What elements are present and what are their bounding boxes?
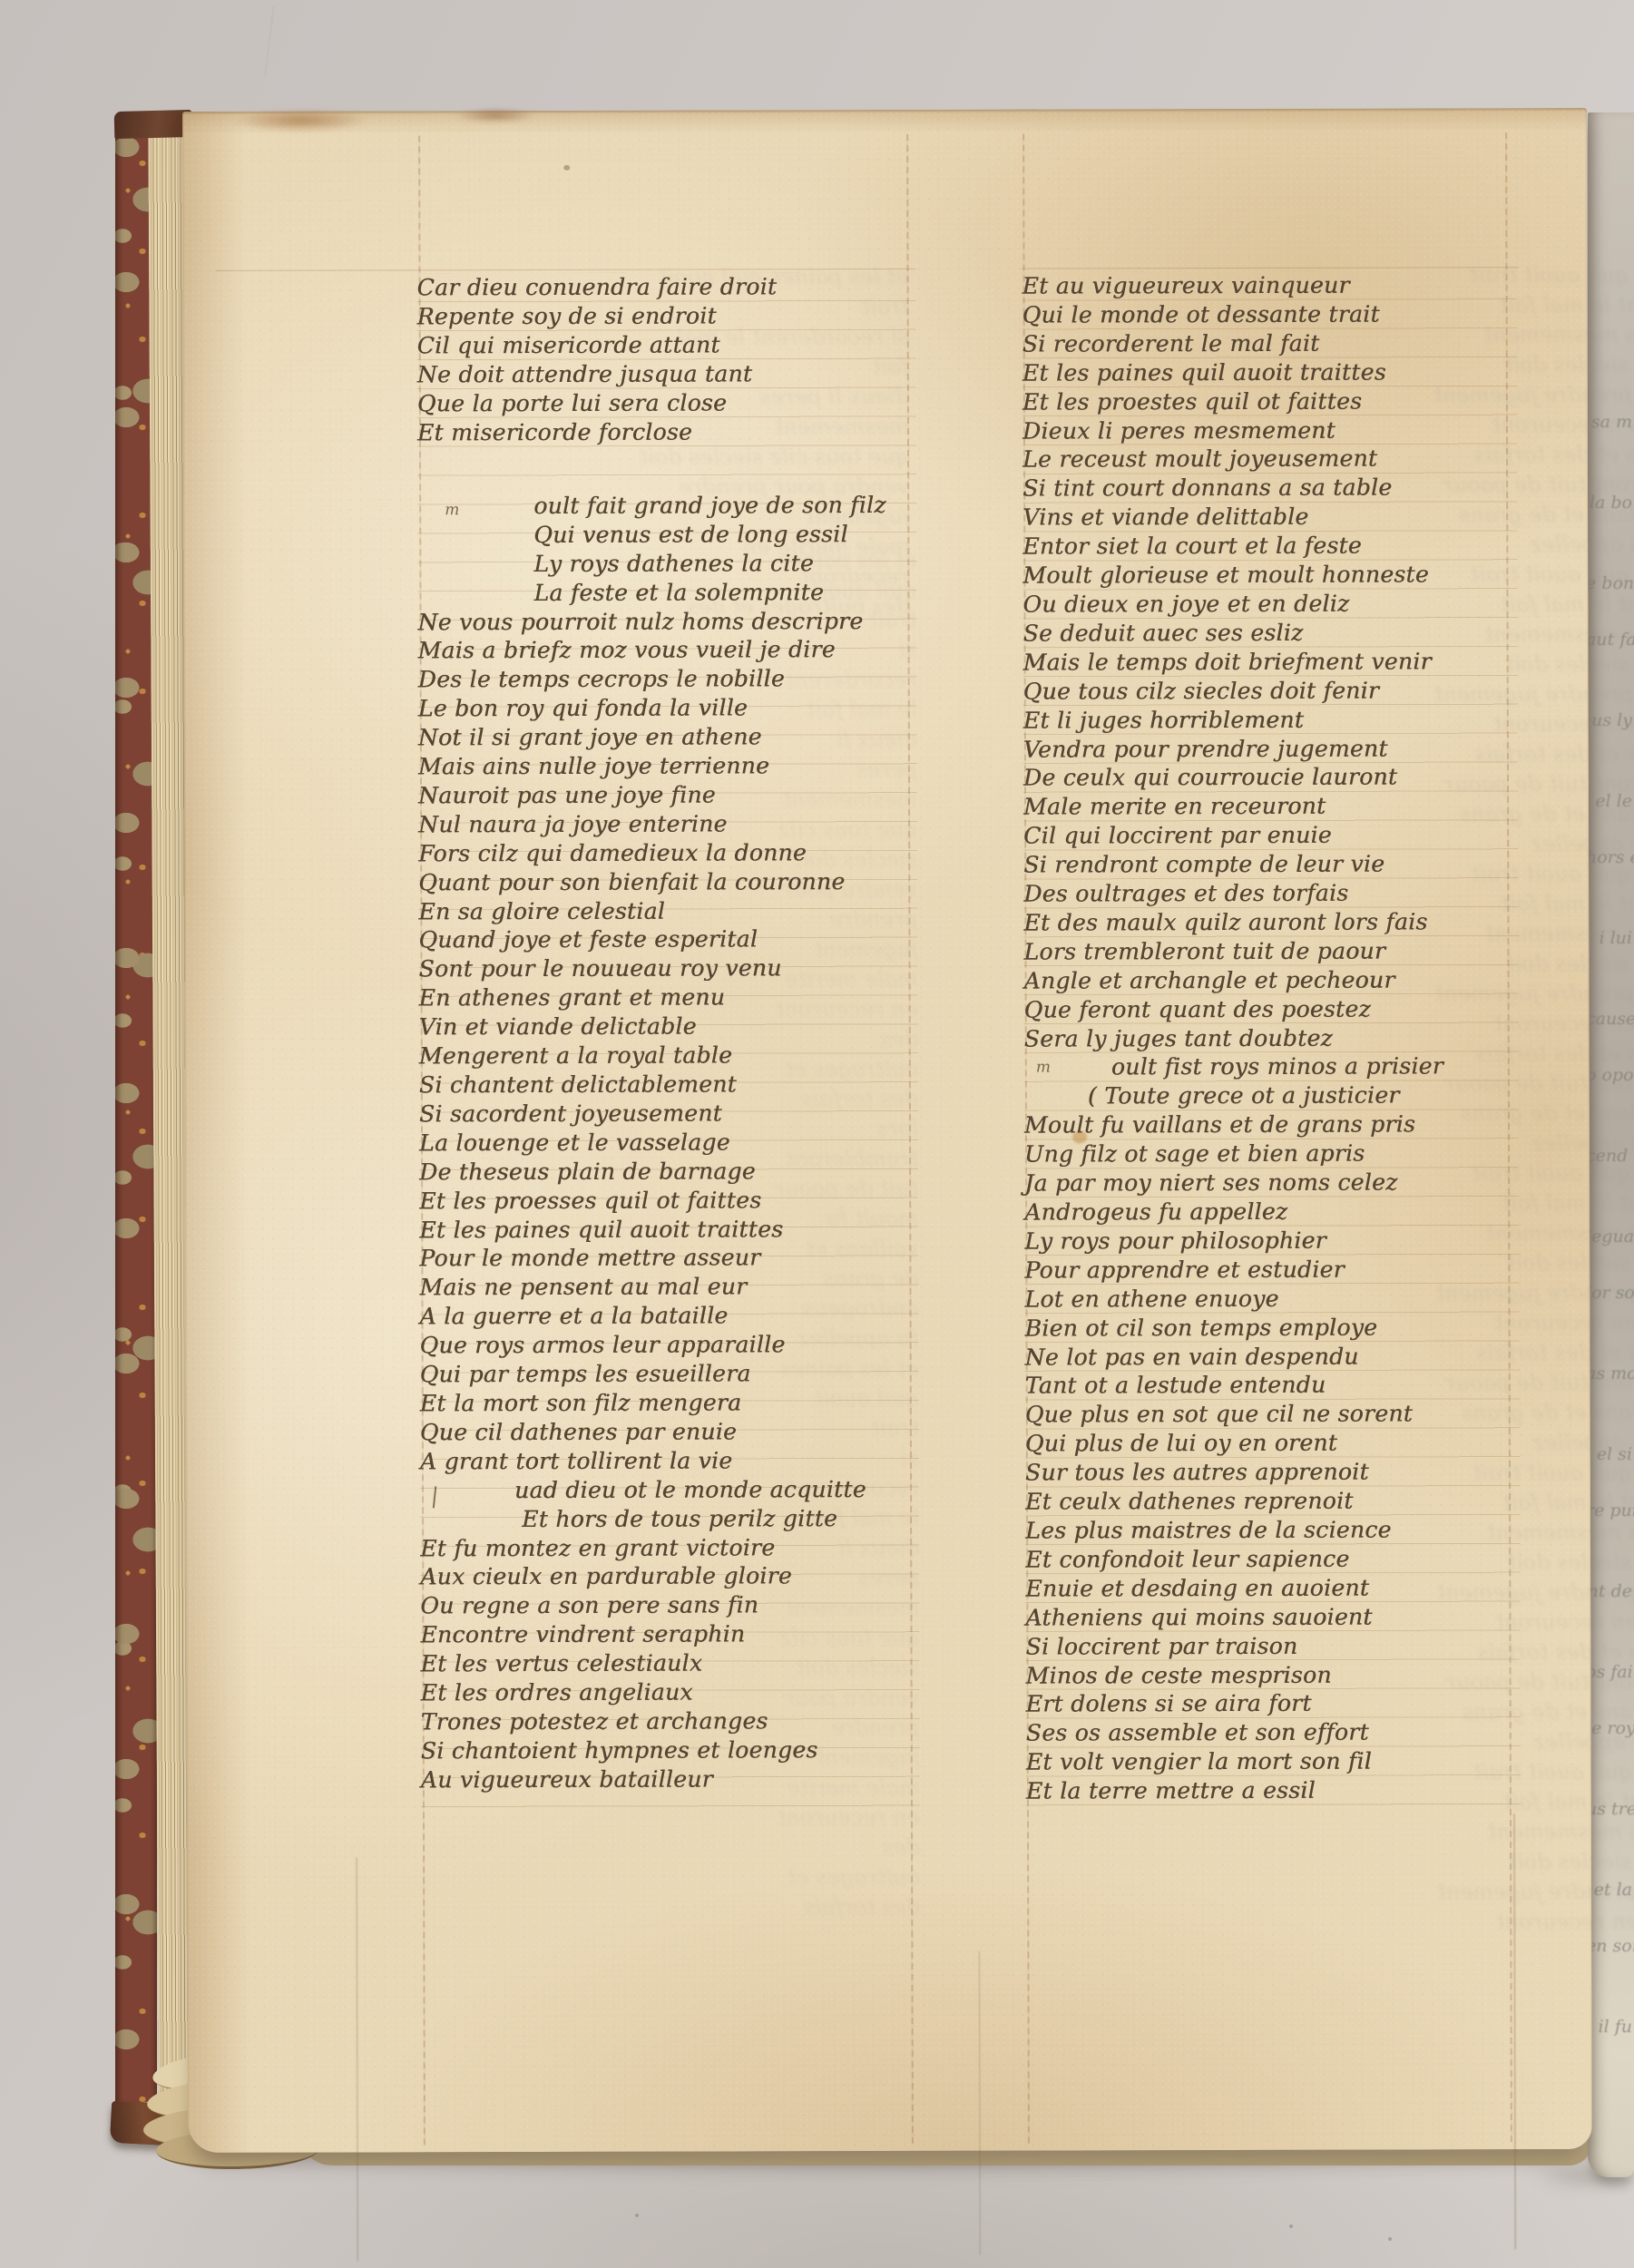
- manuscript-line: Pour le monde mettre asseur: [419, 1243, 918, 1273]
- manuscript-line: Qui venus est de long essil: [417, 520, 916, 550]
- manuscript-line: Si chantent delictablement: [419, 1070, 918, 1100]
- manuscript-line: Vins et viande delittable: [1022, 502, 1517, 532]
- showthrough-fragment: as mou: [1588, 1364, 1632, 1383]
- manuscript-line: Des oultrages et des torfais: [1023, 878, 1518, 908]
- manuscript-line: Et les ordres angeliaux: [421, 1677, 920, 1707]
- manuscript-line: Si rendront compte de leur vie: [1023, 849, 1518, 879]
- manuscript-line: Que la porte lui sera close: [417, 388, 916, 418]
- manuscript-line: Ja par moy niert ses noms celez: [1024, 1168, 1519, 1198]
- dust-speck: [1289, 2224, 1293, 2228]
- parchment-crease: [1513, 1813, 1516, 2249]
- manuscript-line: Que plus en sot que cil ne sorent: [1025, 1400, 1520, 1430]
- manuscript-line: Lors trembleront tuit de paour: [1023, 936, 1518, 966]
- manuscript-line: Mais ains nulle joye terrienne: [418, 751, 917, 781]
- manuscript-line: Fors cilz qui damedieux la donne: [418, 838, 917, 868]
- text-column-right: Et au vigueureux vainqueurQui le monde o…: [1022, 270, 1521, 1818]
- showthrough-fragment: la bo: [1588, 493, 1632, 513]
- showthrough-fragment: os fai: [1588, 1662, 1632, 1682]
- manuscript-line: Et confondoit leur sapience: [1025, 1544, 1520, 1574]
- showthrough-fragment: aut fa: [1588, 630, 1632, 650]
- manuscript-line: De theseus plain de barnage: [419, 1157, 918, 1187]
- manuscript-line: Androgeus fu appellez: [1024, 1197, 1519, 1227]
- manuscript-line: Vendra pour prendre jugement: [1023, 734, 1518, 764]
- manuscript-line: Trones potestez et archanges: [421, 1706, 920, 1736]
- manuscript-line: Ert dolens si se aira fort: [1026, 1689, 1521, 1719]
- manuscript-line: Et la terre mettre a essil: [1026, 1775, 1521, 1805]
- manuscript-line: Des le temps cecrops le nobille: [418, 664, 917, 694]
- manuscript-line: Si sacordent joyeusement: [419, 1099, 918, 1129]
- manuscript-line: Et les paines quil auoit traittes: [1022, 357, 1517, 387]
- manuscript-line: Ses os assemble et son effort: [1026, 1717, 1521, 1747]
- manuscript-line: Si chantoient hympnes et loenges: [421, 1735, 920, 1765]
- manuscript-line: Et les vertus celestiaulx: [420, 1648, 919, 1678]
- manuscript-line: Repente soy de si endroit: [417, 301, 916, 331]
- manuscript-line: Le receust moult joyeusement: [1022, 445, 1517, 474]
- manuscript-line: Sera ly juges tant doubtez: [1024, 1023, 1519, 1053]
- manuscript-line: Car dieu conuendra faire droit: [417, 272, 916, 302]
- showthrough-fragment: re pui: [1588, 1501, 1632, 1520]
- parchment-crease: [978, 1951, 981, 2255]
- manuscript-line: Nauroit pas une joye fine: [418, 780, 917, 810]
- manuscript-line: oult fait grand joye de son filz: [417, 491, 916, 521]
- manuscript-line: Nul naura ja joye enterine: [418, 809, 917, 839]
- showthrough-fragment: en son: [1588, 1936, 1632, 1956]
- manuscript-line: Le bon roy qui fonda la ville: [418, 693, 917, 723]
- manuscript-line: Pour apprendre et estudier: [1024, 1255, 1519, 1285]
- showthrough-fragment: cend a: [1588, 1146, 1632, 1166]
- showthrough-fragment: us ly: [1588, 710, 1632, 730]
- next-leaf-edge: sa mla boe bonaut faus lyel lehors efi l…: [1588, 112, 1634, 2177]
- manuscript-photo: sa mla boe bonaut faus lyel lehors efi l…: [0, 0, 1634, 2268]
- text-column-left: Car dieu conuendra faire droitRepente so…: [417, 272, 920, 1820]
- manuscript-line: Et la mort son filz mengera: [420, 1388, 919, 1418]
- manuscript-line: Ung filz ot sage et bien apris: [1024, 1139, 1519, 1168]
- manuscript-line: Si tint court donnans a sa table: [1022, 474, 1517, 503]
- manuscript-line: Mais le temps doit briefment venir: [1023, 647, 1518, 677]
- manuscript-line: Que roys armos leur apparaille: [420, 1330, 919, 1360]
- stain: [563, 165, 570, 171]
- manuscript-line: Et les proesses quil ot faittes: [419, 1186, 918, 1216]
- manuscript-line: Ne doit attendre jusqua tant: [417, 359, 916, 389]
- manuscript-line: Sur tous les autres apprenoit: [1025, 1457, 1520, 1487]
- manuscript-line: Mais a briefz moz vous vueil je dire: [418, 635, 917, 665]
- manuscript-line: La louenge et le vasselage: [419, 1128, 918, 1158]
- manuscript-line: Dieux li peres mesmement: [1022, 415, 1517, 445]
- manuscript-line: A la guerre et a la bataille: [419, 1301, 918, 1331]
- stain: [233, 108, 369, 132]
- manuscript-line: Si loccirent par traison: [1025, 1631, 1520, 1661]
- manuscript-line: uad dieu ot le monde acquitte: [420, 1475, 919, 1505]
- manuscript-page: et les paines quil auoit trait si record…: [182, 108, 1592, 2153]
- manuscript-line: Qui le monde ot dessante trait: [1022, 299, 1517, 329]
- manuscript-line: Et les paines quil auoit traittes: [419, 1214, 918, 1244]
- showthrough-fragment: sa m: [1588, 412, 1632, 432]
- manuscript-line: Bien ot cil son temps employe: [1025, 1313, 1520, 1343]
- guide-letter: m: [445, 501, 459, 519]
- manuscript-line: Entor siet la court et la feste: [1022, 531, 1517, 561]
- manuscript-line: Ou regne a son pere sans fin: [420, 1590, 919, 1620]
- ruling-horizontal: [1022, 267, 1519, 269]
- manuscript-line: Et des maulx quilz auront lors fais: [1023, 907, 1518, 937]
- manuscript-line: Lot en athene enuoye: [1024, 1284, 1519, 1314]
- ruling-horizontal: [216, 269, 916, 271]
- manuscript-line: Au vigueureux batailleur: [421, 1765, 920, 1794]
- manuscript-line: Que cil dathenes par enuie: [420, 1417, 919, 1447]
- manuscript-line: Vin et viande delictable: [419, 1012, 918, 1041]
- manuscript-line: Qui par temps les esueillera: [420, 1359, 919, 1389]
- showthrough-fragment: cause: [1588, 1009, 1632, 1029]
- manuscript-line: Ne vous pourroit nulz homs descripre: [417, 606, 916, 636]
- manuscript-line: Et fu montez en grant victoire: [420, 1532, 919, 1562]
- manuscript-line: Moult glorieuse et moult honneste: [1022, 560, 1517, 590]
- manuscript-line: Cil qui misericorde attant: [417, 330, 916, 360]
- manuscript-line: Atheniens qui moins sauoient: [1025, 1602, 1520, 1632]
- manuscript-line: Minos de ceste mesprison: [1026, 1660, 1521, 1690]
- manuscript-line: Se deduit auec ses esliz: [1023, 618, 1518, 648]
- manuscript-line: Ne lot pas en vain despendu: [1025, 1342, 1520, 1372]
- manuscript-line: Et misericorde forclose: [417, 416, 916, 446]
- showthrough-fragment: i lui: [1588, 928, 1632, 948]
- manuscript-line: Que feront quant des poestez: [1024, 994, 1519, 1024]
- manuscript-line: Angle et archangle et pecheour: [1024, 965, 1519, 995]
- parchment-crease: [356, 1858, 358, 2262]
- manuscript-line: La feste et la solempnite: [417, 578, 916, 608]
- manuscript-line: Ly roys pour philosophier: [1024, 1226, 1519, 1256]
- dust-speck: [635, 2214, 639, 2217]
- manuscript-line: Ou dieux en joye et en deliz: [1022, 589, 1517, 619]
- manuscript-line: Encontre vindrent seraphin: [420, 1619, 919, 1649]
- showthrough-fragment: et la: [1588, 1880, 1632, 1900]
- manuscript-line: A grant tort tollirent la vie: [420, 1446, 919, 1476]
- showthrough-fragment: le roy: [1588, 1718, 1632, 1738]
- manuscript-line: Ly roys dathenes la cite: [417, 549, 916, 579]
- manuscript-line: Que tous cilz siecles doit fenir: [1023, 676, 1518, 706]
- manuscript-line: Mengerent a la royal table: [419, 1041, 918, 1070]
- manuscript-line: Et au vigueureux vainqueur: [1022, 270, 1517, 300]
- manuscript-line: Si recorderent le mal fait: [1022, 328, 1517, 358]
- manuscript-line: Tant ot a lestude entendu: [1025, 1371, 1520, 1401]
- showthrough-fragment: nt de: [1588, 1581, 1632, 1601]
- manuscript-line: Male merite en receuront: [1023, 791, 1518, 821]
- manuscript-line: Et volt vengier la mort son fil: [1026, 1746, 1521, 1776]
- guide-letter: m: [1036, 1059, 1051, 1077]
- manuscript-line: En athenes grant et menu: [419, 982, 918, 1012]
- manuscript-line: Not il si grant joye en athene: [418, 722, 917, 752]
- manuscript-line: Enuie et desdaing en auoient: [1025, 1573, 1520, 1603]
- manuscript-line: Et li juges horriblement: [1023, 705, 1518, 735]
- manuscript-line: Et les proestes quil ot faittes: [1022, 386, 1517, 416]
- manuscript-line: En sa gloire celestial: [418, 895, 917, 925]
- manuscript-line: Cil qui loccirent par enuie: [1023, 820, 1518, 850]
- manuscript-line: Moult fu vaillans et de grans pris: [1024, 1110, 1519, 1139]
- showthrough-fragment: el si: [1588, 1444, 1632, 1464]
- showthrough-fragment: o opo: [1588, 1065, 1632, 1085]
- showthrough-fragment: il fu: [1588, 2017, 1632, 2037]
- manuscript-line: oult fist roys minos a prisier: [1024, 1052, 1519, 1082]
- showthrough-fragment: lor so: [1588, 1283, 1632, 1303]
- showthrough-fragment: el le: [1588, 791, 1632, 811]
- showthrough-fragment: legua: [1588, 1227, 1632, 1246]
- dust-speck: [1388, 2237, 1392, 2241]
- manuscript-line: De ceulx qui courroucie lauront: [1023, 763, 1518, 793]
- manuscript-line: Quant pour son bienfait la couronne: [418, 867, 917, 897]
- manuscript-line: Aux cieulx en pardurable gloire: [420, 1561, 919, 1591]
- manuscript-line: ( Toute grece ot a justicier: [1024, 1081, 1519, 1111]
- showthrough-fragment: e bon: [1588, 573, 1632, 593]
- manuscript-line: Et hors de tous perilz gitte: [420, 1504, 919, 1534]
- showthrough-fragment: hors ef: [1588, 847, 1632, 867]
- manuscript-line: Mais ne pensent au mal eur: [419, 1272, 918, 1302]
- leather-corner-top: [114, 110, 193, 139]
- stain: [455, 107, 536, 123]
- manuscript-line: Qui plus de lui oy en orent: [1025, 1428, 1520, 1458]
- showthrough-fragment: us tre: [1588, 1799, 1632, 1819]
- manuscript-line: Sont pour le nouueau roy venu: [418, 953, 917, 983]
- manuscript-line: Et ceulx dathenes reprenoit: [1025, 1486, 1520, 1516]
- manuscript-line: Les plus maistres de la science: [1025, 1515, 1520, 1545]
- manuscript-line: Quand joye et feste esperital: [418, 924, 917, 954]
